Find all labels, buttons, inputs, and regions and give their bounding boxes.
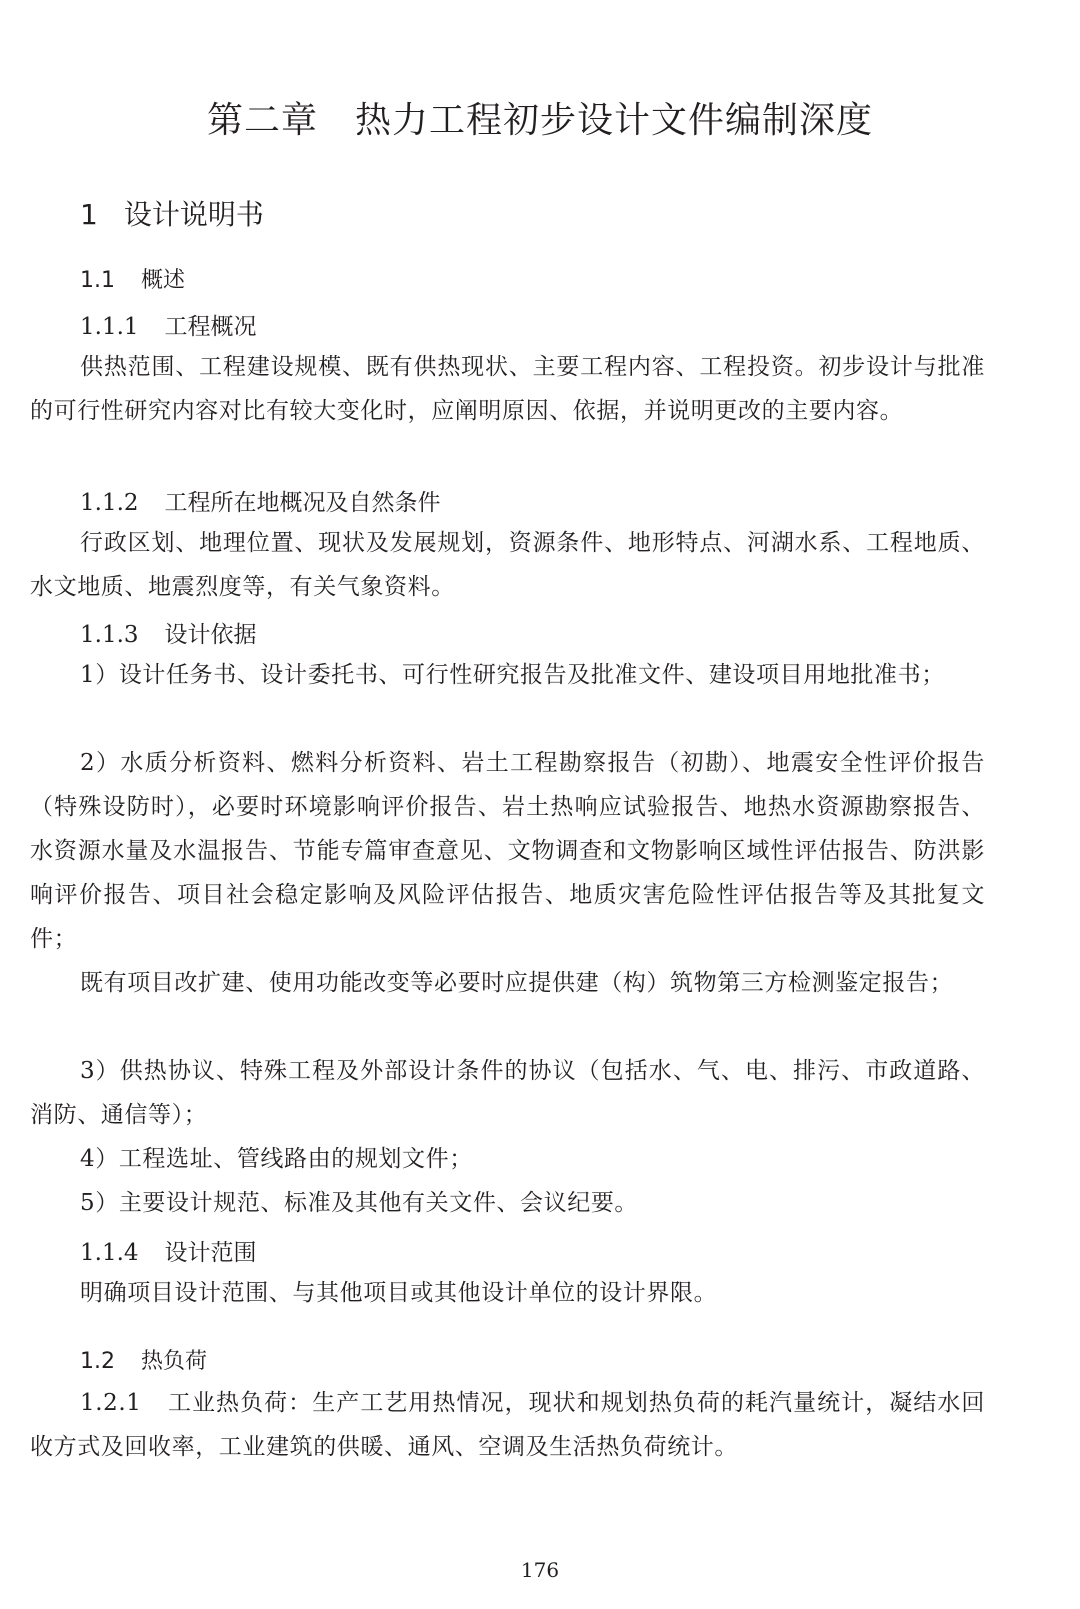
- section-title: 设计依据: [165, 622, 257, 648]
- page-number: 176: [0, 1558, 1080, 1582]
- section-title: 工程所在地概况及自然条件: [165, 490, 441, 516]
- section-title: 热负荷: [141, 1349, 207, 1374]
- section-title: 工程概况: [165, 314, 257, 340]
- section-number: 1: [80, 198, 98, 231]
- section-1-1-2-heading: 1.1.2工程所在地概况及自然条件: [80, 484, 441, 517]
- section-1-1-2-paragraph: 行政区划、地理位置、现状及发展规划，资源条件、地形特点、河湖水系、工程地质、水文…: [30, 521, 985, 609]
- section-1-1-3-heading: 1.1.3设计依据: [80, 616, 257, 649]
- section-title: 工业热负荷：: [168, 1390, 313, 1416]
- section-1-heading: 1设计说明书: [80, 193, 264, 233]
- section-number: 1.2: [80, 1349, 115, 1374]
- basis-item-5: 5）主要设计规范、标准及其他有关文件、会议纪要。: [30, 1181, 985, 1225]
- basis-item-1: 1）设计任务书、设计委托书、可行性研究报告及批准文件、建设项目用地批准书；: [30, 653, 985, 697]
- section-1-1-heading: 1.1概述: [80, 263, 185, 294]
- section-number: 1.1.2: [80, 490, 139, 516]
- section-number: 1.1.1: [80, 314, 139, 340]
- section-1-1-1-paragraph: 供热范围、工程建设规模、既有供热现状、主要工程内容、工程投资。初步设计与批准的可…: [30, 345, 985, 433]
- basis-item-4: 4）工程选址、管线路由的规划文件；: [30, 1137, 985, 1181]
- section-1-2-heading: 1.2热负荷: [80, 1344, 207, 1375]
- section-number: 1.2.1: [80, 1390, 142, 1416]
- section-number: 1.1.3: [80, 622, 139, 648]
- section-1-1-4-paragraph: 明确项目设计范围、与其他项目或其他设计单位的设计界限。: [30, 1271, 985, 1315]
- basis-item-3: 3）供热协议、特殊工程及外部设计条件的协议（包括水、气、电、排污、市政道路、消防…: [30, 1049, 985, 1137]
- basis-item-2: 2）水质分析资料、燃料分析资料、岩土工程勘察报告（初勘）、地震安全性评价报告（特…: [30, 741, 985, 961]
- document-page: 第二章 热力工程初步设计文件编制深度 1设计说明书 1.1概述 1.1.1工程概…: [0, 0, 1080, 1609]
- section-title: 概述: [141, 268, 185, 293]
- section-title: 设计范围: [165, 1240, 257, 1266]
- section-1-1-4-heading: 1.1.4设计范围: [80, 1234, 257, 1267]
- basis-item-note: 既有项目改扩建、使用功能改变等必要时应提供建（构）筑物第三方检测鉴定报告；: [30, 961, 985, 1005]
- section-number: 1.1: [80, 268, 115, 293]
- section-1-1-1-heading: 1.1.1工程概况: [80, 308, 257, 341]
- chapter-title: 第二章 热力工程初步设计文件编制深度: [0, 92, 1080, 143]
- section-1-2-1-paragraph: 1.2.1工业热负荷：生产工艺用热情况，现状和规划热负荷的耗汽量统计，凝结水回收…: [30, 1381, 985, 1469]
- section-number: 1.1.4: [80, 1240, 139, 1266]
- section-title: 设计说明书: [124, 198, 264, 231]
